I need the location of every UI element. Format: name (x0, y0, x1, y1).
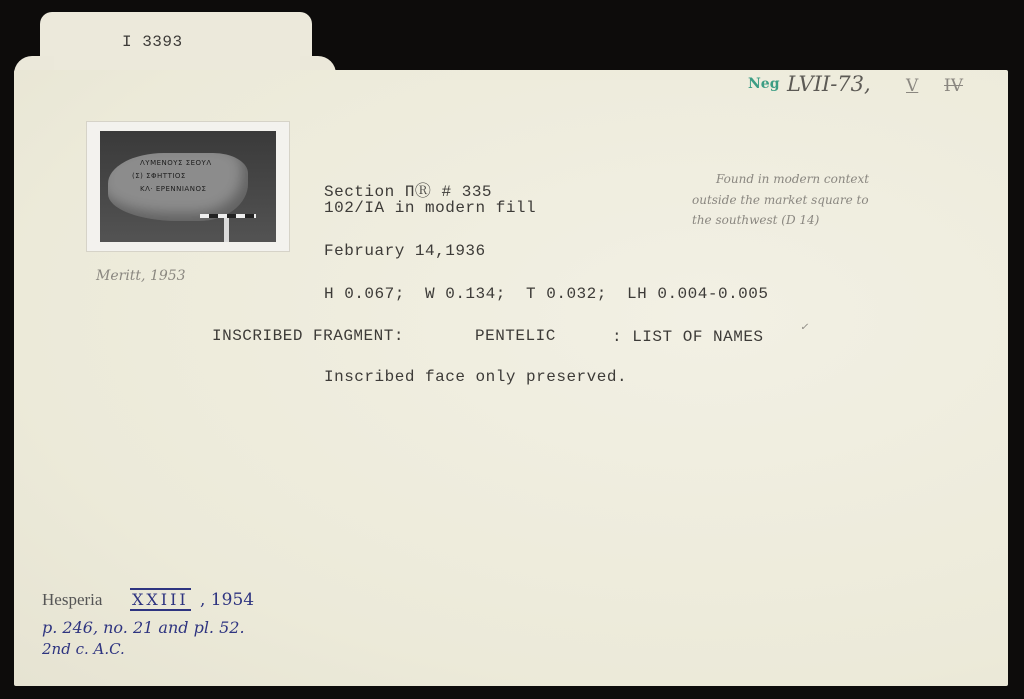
find-note-line-3: the southwest (D 14) (692, 213, 819, 227)
publication-year: , 1954 (200, 590, 254, 610)
dimensions: H 0.067; W 0.134; T 0.032; LH 0.004-0.00… (324, 285, 768, 303)
publication-journal: Hesperia (42, 590, 102, 610)
publication-volume: XXIII (130, 588, 191, 611)
inscription-line-2: (Σ) ΣΦΗΤΤΙΟΣ (132, 172, 186, 180)
roman-current: V (906, 76, 918, 96)
check-mark: ✓ (800, 322, 808, 333)
negative-number: LVII-73, (787, 72, 871, 96)
date-note: 2nd c. A.C. (42, 640, 125, 658)
material: PENTELIC (475, 327, 556, 345)
scale-stem (224, 218, 229, 242)
inscription-line-1: ΛΥΜΕΝΟΥΣ ΣΕΟΥΛ (140, 159, 212, 167)
fragment-photo: ΛΥΜΕΝΟΥΣ ΣΕΟΥΛ (Σ) ΣΦΗΤΤΙΟΣ ΚΛ· ΕΡΕΝΝΙΑΝ… (86, 121, 290, 252)
object-type: INSCRIBED FRAGMENT: (212, 327, 404, 345)
pencil-author-note: Meritt, 1953 (96, 268, 186, 284)
publication-pages: p. 246, no. 21 and pl. 52. (42, 618, 245, 637)
find-note-line-2: outside the market square to (692, 193, 869, 207)
subject: : LIST OF NAMES (612, 328, 764, 346)
preservation-note: Inscribed face only preserved. (324, 368, 627, 386)
photo-image: ΛΥΜΕΝΟΥΣ ΣΕΟΥΛ (Σ) ΣΦΗΤΤΙΟΣ ΚΛ· ΕΡΕΝΝΙΑΝ… (100, 131, 276, 242)
location-line: 102/IA in modern fill (324, 199, 536, 217)
inscription-line-3: ΚΛ· ΕΡΕΝΝΙΑΝΟΣ (140, 185, 206, 193)
inventory-number: I 3393 (122, 33, 183, 51)
stone-fragment: ΛΥΜΕΝΟΥΣ ΣΕΟΥΛ (Σ) ΣΦΗΤΤΙΟΣ ΚΛ· ΕΡΕΝΝΙΑΝ… (108, 153, 248, 221)
find-note-line-1: Found in modern context (716, 172, 869, 186)
negative-stamp: Neg (748, 76, 780, 92)
roman-struck: IV (944, 76, 963, 96)
find-date: February 14,1936 (324, 242, 486, 260)
section-line: Section ΠⓇ # 335 (324, 178, 492, 201)
